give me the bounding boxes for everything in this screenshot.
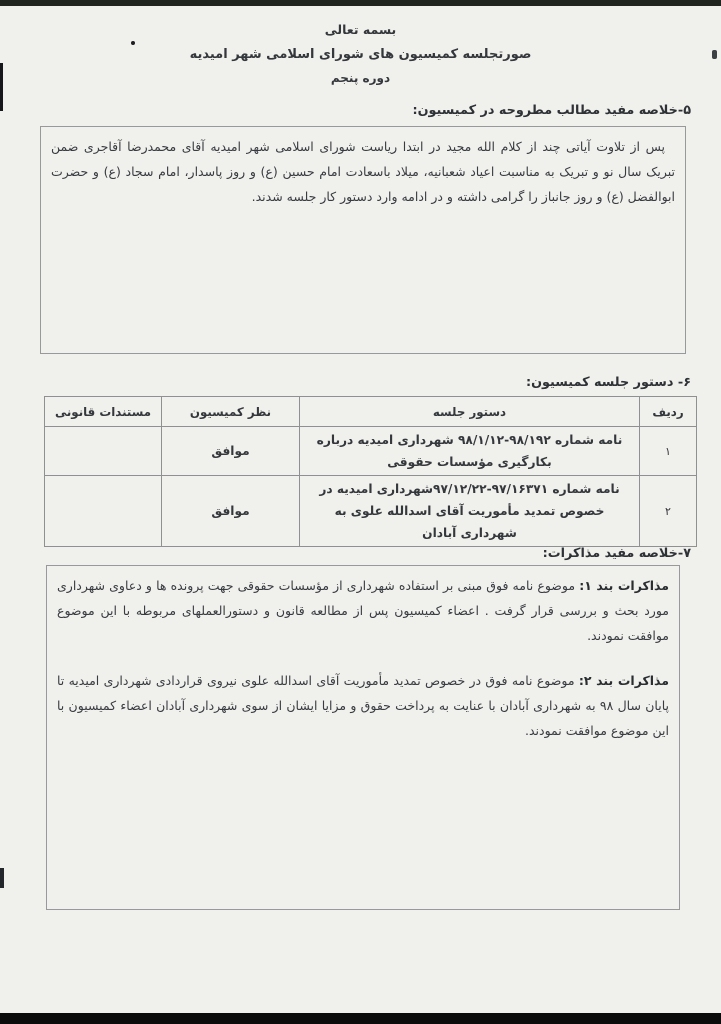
document-title: صورتجلسه کمیسیون های شورای اسلامی شهر ام… — [0, 47, 721, 62]
paragraph-2-text: موضوع نامه فوق در خصوص تمدید مأموریت آقا… — [57, 673, 669, 738]
cell-row-no: ۲ — [640, 476, 697, 547]
section7-minutes-box: مذاکرات بند ۱: موضوع نامه فوق مبنی بر اس… — [46, 565, 680, 910]
header-opinion: نظر کمیسیون — [162, 397, 300, 427]
table-row: ۱ نامه شماره ۹۸/۱۹۲-۹۸/۱/۱۲ شهرداری امید… — [45, 427, 697, 476]
section5-heading: ۵-خلاصه مفید مطالب مطروحه در کمیسیون: — [412, 103, 691, 118]
scan-artifact-left-lower — [0, 868, 4, 888]
scanned-document-page: بسمه تعالی صورتجلسه کمیسیون های شورای اس… — [0, 0, 721, 1024]
header-legal-docs: مستندات قانونی — [45, 397, 162, 427]
header-row-no: ردیف — [640, 397, 697, 427]
agenda-table-header-row: ردیف دستور جلسه نظر کمیسیون مستندات قانو… — [45, 397, 697, 427]
term-subtitle: دوره پنجم — [0, 71, 721, 85]
scan-edge-bottom — [0, 1013, 721, 1024]
scan-edge-top — [0, 0, 721, 6]
minutes-paragraph-2: مذاکرات بند ۲: موضوع نامه فوق در خصوص تم… — [57, 668, 669, 743]
cell-agenda: نامه شماره ۹۷/۱۶۳۷۱-۹۷/۱۲/۲۲شهرداری امید… — [300, 476, 640, 547]
paragraph-2-label: مذاکرات بند ۲: — [579, 673, 669, 688]
paragraph-1-text: موضوع نامه فوق مبنی بر استفاده شهرداری ا… — [57, 578, 669, 643]
agenda-table: ردیف دستور جلسه نظر کمیسیون مستندات قانو… — [44, 396, 697, 547]
header-agenda: دستور جلسه — [300, 397, 640, 427]
minutes-paragraph-1: مذاکرات بند ۱: موضوع نامه فوق مبنی بر اس… — [57, 573, 669, 648]
section5-summary-box: پس از تلاوت آیاتی چند از کلام الله مجید … — [40, 126, 686, 354]
bismillah-line: بسمه تعالی — [0, 22, 721, 37]
ink-dot-artifact — [131, 41, 135, 45]
cell-row-no: ۱ — [640, 427, 697, 476]
cell-agenda: نامه شماره ۹۸/۱۹۲-۹۸/۱/۱۲ شهرداری امیدیه… — [300, 427, 640, 476]
cell-legal-docs — [45, 427, 162, 476]
paragraph-1-label: مذاکرات بند ۱: — [579, 578, 669, 593]
cell-opinion: موافق — [162, 476, 300, 547]
section7-heading: ۷-خلاصه مفید مذاکرات: — [543, 546, 691, 561]
section5-text: پس از تلاوت آیاتی چند از کلام الله مجید … — [51, 134, 675, 209]
cell-opinion: موافق — [162, 427, 300, 476]
cell-legal-docs — [45, 476, 162, 547]
section6-heading: ۶- دستور جلسه کمیسیون: — [526, 375, 691, 390]
table-row: ۲ نامه شماره ۹۷/۱۶۳۷۱-۹۷/۱۲/۲۲شهرداری ام… — [45, 476, 697, 547]
